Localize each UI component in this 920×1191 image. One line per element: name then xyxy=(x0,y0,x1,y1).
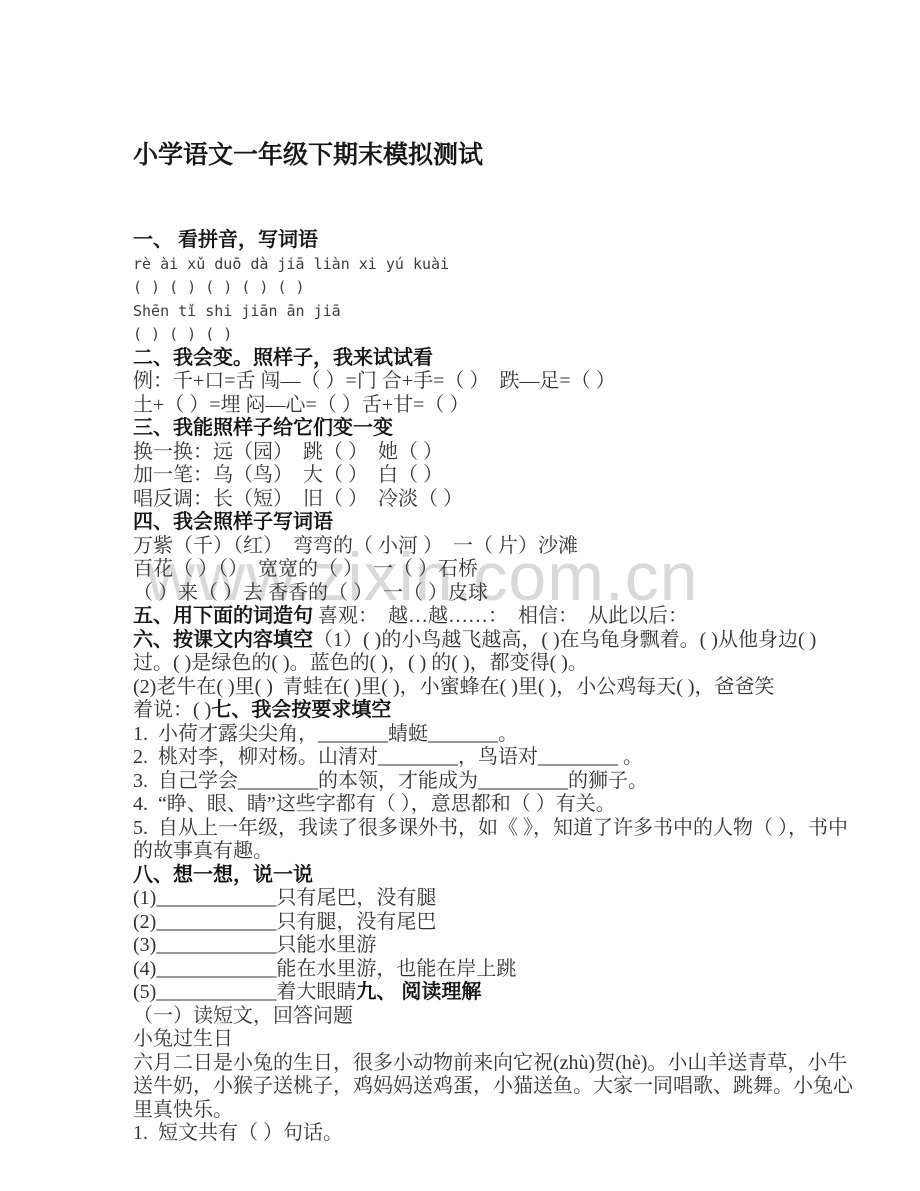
text-line: （ ）来（ ）去 香香的（ ） 一（ ）皮球 xyxy=(133,582,853,606)
line-text: 里真快乐。 xyxy=(133,1099,233,1121)
section-heading-text: 一、 看拼音，写词语 xyxy=(133,229,318,251)
text-line: ( ) ( ) ( ) xyxy=(133,323,853,347)
text-line: 4. “睁、眼、睛”这些字都有（ ），意思都和（ ）有关。 xyxy=(133,793,853,817)
line-text: 例：千+口=舌 闯—（ ）=门 合+手=（ ） 跌—足=（ ） xyxy=(133,370,616,392)
section-heading-text: 五、用下面的词造句 xyxy=(133,605,313,627)
section-heading-text: 三、我能照样子给它们变一变 xyxy=(133,417,393,439)
page-title: 小学语文一年级下期末模拟测试 xyxy=(133,138,853,174)
line-text: 喜观： 越…越……： 相信： 从此以后： xyxy=(313,605,688,627)
document-body: 小学语文一年级下期末模拟测试 一、 看拼音，写词语rè ài xǔ duō dà… xyxy=(133,102,853,1182)
line-text: 六月二日是小兔的生日，很多小动物前来向它祝(zhù)贺(hè)。小山羊送青草，小… xyxy=(133,1052,847,1074)
text-line: 三、我能照样子给它们变一变 xyxy=(133,417,853,441)
line-text: Shēn tǐ shi jiān ān jiā xyxy=(133,302,341,320)
line-text: 百花（ ）（） 宽宽的（ ） 一（ ）石桥 xyxy=(133,558,478,580)
text-line: 六、按课文内容填空（1）( )的小鸟越飞越高，( )在乌龟身飘着。( )从他身边… xyxy=(133,629,853,653)
line-text: ( ) ( ) ( ) xyxy=(133,325,232,343)
text-line: 二、我会变。照样子，我来试试看 xyxy=(133,347,853,371)
text-line: (4)____________能在水里游，也能在岸上跳 xyxy=(133,958,853,982)
text-line: 四、我会照样子写词语 xyxy=(133,511,853,535)
text-line: 换一换：远（园） 跳（ ） 她（ ） xyxy=(133,441,853,465)
text-line: 百花（ ）（） 宽宽的（ ） 一（ ）石桥 xyxy=(133,558,853,582)
line-text: 土+（ ）=埋 闷—心=（ ）舌+甘=（ ） xyxy=(133,394,469,416)
text-line: 六月二日是小兔的生日，很多小动物前来向它祝(zhù)贺(hè)。小山羊送青草，小… xyxy=(133,1052,853,1076)
text-line: 着说：( )七、我会按要求填空 xyxy=(133,699,853,723)
line-text: 5. 自从上一年级，我读了很多课外书，如《 》，知道了许多书中的人物（ ），书中 xyxy=(133,817,848,839)
text-line: （一）读短文，回答问题 xyxy=(133,1005,853,1029)
text-line: 送牛奶，小猴子送桃子，鸡妈妈送鸡蛋，小猫送鱼。大家一同唱歌、跳舞。小兔心 xyxy=(133,1075,853,1099)
line-text: 1. 短文共有（ ）句话。 xyxy=(133,1122,343,1144)
text-line: (1)____________只有尾巴，没有腿 xyxy=(133,887,853,911)
text-line: 5. 自从上一年级，我读了很多课外书，如《 》，知道了许多书中的人物（ ），书中 xyxy=(133,817,853,841)
line-text: 着说：( ) xyxy=(133,699,211,721)
line-text: 加一笔：乌（鸟） 大（ ） 白（ ） xyxy=(133,464,443,486)
text-line: 八、想一想，说一说 xyxy=(133,864,853,888)
section-heading-text: 九、 阅读理解 xyxy=(356,981,481,1003)
text-line: 唱反调：长（短） 旧（ ） 冷淡（ ） xyxy=(133,488,853,512)
text-line: 加一笔：乌（鸟） 大（ ） 白（ ） xyxy=(133,464,853,488)
text-line: 小兔过生日 xyxy=(133,1028,853,1052)
text-line: 五、用下面的词造句 喜观： 越…越……： 相信： 从此以后： xyxy=(133,605,853,629)
line-text: 2. 桃对李，柳对杨。山清对________，鸟语对________ 。 xyxy=(133,746,643,768)
line-text: ( ) ( ) ( ) ( ) ( ) xyxy=(133,278,305,296)
line-text: 小兔过生日 xyxy=(133,1028,233,1050)
text-line: 过。( )是绿色的( )。蓝色的( )，( ) 的( )，都变得( )。 xyxy=(133,652,853,676)
text-line: 土+（ ）=埋 闷—心=（ ）舌+甘=（ ） xyxy=(133,394,853,418)
text-line: 2. 桃对李，柳对杨。山清对________，鸟语对________ 。 xyxy=(133,746,853,770)
line-text: (4)____________能在水里游，也能在岸上跳 xyxy=(133,958,516,980)
section-heading-text: 四、我会照样子写词语 xyxy=(133,511,333,533)
line-text: 唱反调：长（短） 旧（ ） 冷淡（ ） xyxy=(133,488,463,510)
text-line: (3)____________只能水里游 xyxy=(133,934,853,958)
section-heading-text: 八、想一想，说一说 xyxy=(133,864,313,886)
section-heading-text: 七、我会按要求填空 xyxy=(211,699,391,721)
text-line: 的故事真有趣。 xyxy=(133,840,853,864)
text-line: 1. 短文共有（ ）句话。 xyxy=(133,1122,853,1146)
line-text: 4. “睁、眼、睛”这些字都有（ ），意思都和（ ）有关。 xyxy=(133,793,616,815)
line-text: (2)____________只有腿，没有尾巴 xyxy=(133,911,436,933)
text-line: (5)____________着大眼睛九、 阅读理解 xyxy=(133,981,853,1005)
line-text: rè ài xǔ duō dà jiā liàn xi yú kuài xyxy=(133,255,449,273)
line-text: 送牛奶，小猴子送桃子，鸡妈妈送鸡蛋，小猫送鱼。大家一同唱歌、跳舞。小兔心 xyxy=(133,1075,853,1097)
text-line: 一、 看拼音，写词语 xyxy=(133,229,853,253)
line-text: 换一换：远（园） 跳（ ） 她（ ） xyxy=(133,441,443,463)
text-line: (2)____________只有腿，没有尾巴 xyxy=(133,911,853,935)
line-text: (2)老牛在( )里( ) 青蛙在( )里( )，小蜜蜂在( )里( )，小公鸡… xyxy=(133,676,775,698)
line-text: 3. 自己学会________的本领，才能成为_________的狮子。 xyxy=(133,770,648,792)
section-heading-text: 六、按课文内容填空 xyxy=(133,629,313,651)
document-page: www.zixin.com.cn 小学语文一年级下期末模拟测试 一、 看拼音，写… xyxy=(0,0,920,1191)
document-lines: 一、 看拼音，写词语rè ài xǔ duō dà jiā liàn xi yú… xyxy=(133,229,853,1146)
text-line: rè ài xǔ duō dà jiā liàn xi yú kuài xyxy=(133,253,853,277)
line-text: (3)____________只能水里游 xyxy=(133,934,376,956)
text-line: Shēn tǐ shi jiān ān jiā xyxy=(133,300,853,324)
text-line: 1. 小荷才露尖尖角，_______蜻蜓_______。 xyxy=(133,723,853,747)
line-text: 万紫（千）（红） 弯弯的（ 小河 ） 一（ 片）沙滩 xyxy=(133,535,578,557)
line-text: 1. 小荷才露尖尖角，_______蜻蜓_______。 xyxy=(133,723,518,745)
text-line: 例：千+口=舌 闯—（ ）=门 合+手=（ ） 跌—足=（ ） xyxy=(133,370,853,394)
line-text: 的故事真有趣。 xyxy=(133,840,273,862)
line-text: (5)____________着大眼睛 xyxy=(133,981,356,1003)
text-line: ( ) ( ) ( ) ( ) ( ) xyxy=(133,276,853,300)
section-heading-text: 二、我会变。照样子，我来试试看 xyxy=(133,347,433,369)
line-text: （一）读短文，回答问题 xyxy=(133,1005,353,1027)
text-line: (2)老牛在( )里( ) 青蛙在( )里( )，小蜜蜂在( )里( )，小公鸡… xyxy=(133,676,853,700)
line-text: （ ）来（ ）去 香香的（ ） 一（ ）皮球 xyxy=(133,582,488,604)
text-line: 里真快乐。 xyxy=(133,1099,853,1123)
line-text: (1)____________只有尾巴，没有腿 xyxy=(133,887,436,909)
line-text: （1）( )的小鸟越飞越高，( )在乌龟身飘着。( )从他身边( ) xyxy=(313,629,816,651)
text-line: 万紫（千）（红） 弯弯的（ 小河 ） 一（ 片）沙滩 xyxy=(133,535,853,559)
text-line: 3. 自己学会________的本领，才能成为_________的狮子。 xyxy=(133,770,853,794)
line-text: 过。( )是绿色的( )。蓝色的( )，( ) 的( )，都变得( )。 xyxy=(133,652,588,674)
